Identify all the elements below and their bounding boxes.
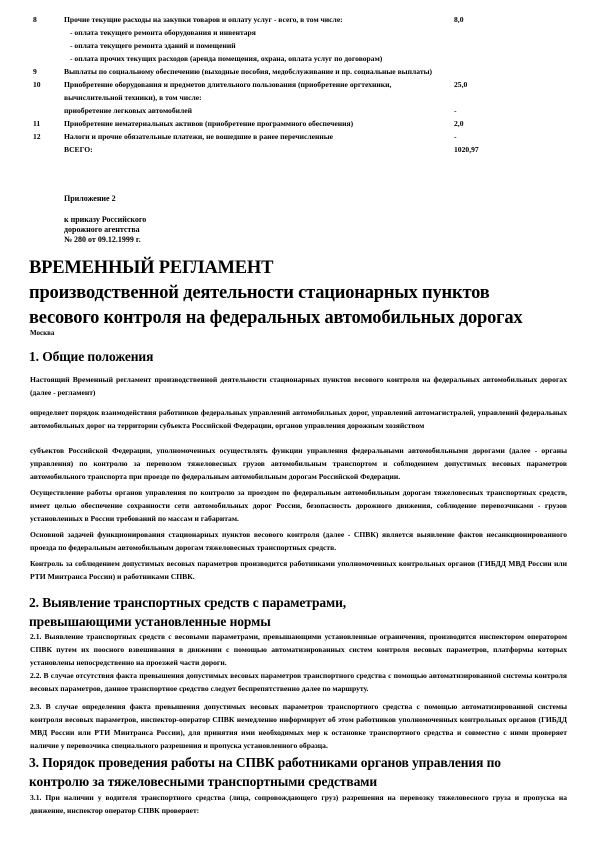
row-value: - <box>454 104 568 117</box>
section-1-heading: 1. Общие положения <box>29 347 574 366</box>
paragraph: 2.2. В случае отсутствия факта превышени… <box>30 669 567 695</box>
section-2-heading-line-2: превышающими установленные нормы <box>29 612 574 631</box>
row-label: - оплата текущего ремонта зданий и помещ… <box>64 39 454 52</box>
document-title: ВРЕМЕННЫЙ РЕГЛАМЕНТ производственной дея… <box>29 256 574 331</box>
section-3-heading-line-2: контролю за тяжеловесными транспортными … <box>29 772 574 791</box>
table-row: 9 Выплаты по социальному обеспечению (вы… <box>33 65 568 78</box>
section-2-heading: 2. Выявление транспортных средств с пара… <box>29 593 574 631</box>
section-3-heading-line-1: 3. Порядок проведения работы на СПВК раб… <box>29 753 574 772</box>
table-row: - оплата прочих текущих расходов (аренда… <box>33 52 568 65</box>
table-row: 8 Прочие текущие расходы на закупки това… <box>33 13 568 26</box>
table-row: приобретение легковых автомобилей - <box>33 104 568 117</box>
row-label: - оплата текущего ремонта оборудования и… <box>64 26 454 39</box>
paragraph: 2.1. Выявление транспортных средств с ве… <box>30 630 567 669</box>
row-label: Выплаты по социальному обеспечению (выхо… <box>64 65 454 78</box>
document-page: 8 Прочие текущие расходы на закупки това… <box>0 0 595 842</box>
paragraph: 2.3. В случае определения факта превышен… <box>30 700 567 752</box>
row-value: - <box>454 130 568 143</box>
paragraph: Основной задачей функционирования стацио… <box>30 528 567 554</box>
table-row: - оплата текущего ремонта зданий и помещ… <box>33 39 568 52</box>
row-number: 9 <box>33 65 64 78</box>
total-label: ВСЕГО: <box>64 143 454 156</box>
row-value: 8,0 <box>454 13 568 26</box>
paragraph: субъектов Российской Федерации, уполномо… <box>30 444 567 483</box>
table-row: 12 Налоги и прочие обязательные платежи,… <box>33 130 568 143</box>
table-row: - оплата текущего ремонта оборудования и… <box>33 26 568 39</box>
paragraph: Настоящий Временный регламент производст… <box>30 373 567 399</box>
row-number: 12 <box>33 130 64 143</box>
annex-order-line: к приказу Российского <box>64 215 146 225</box>
row-number: 8 <box>33 13 64 26</box>
paragraph: 3.1. При наличии у водителя транспортног… <box>30 791 567 817</box>
section-2-heading-line-1: 2. Выявление транспортных средств с пара… <box>29 593 574 612</box>
annex-agency-line: дорожного агентства <box>64 225 146 235</box>
paragraph: Осуществление работы органов управления … <box>30 486 567 525</box>
paragraph: определяет порядок взаимодействия работн… <box>30 406 567 432</box>
row-value: 2,0 <box>454 117 568 130</box>
section-3-heading: 3. Порядок проведения работы на СПВК раб… <box>29 753 574 791</box>
title-line-1: ВРЕМЕННЫЙ РЕГЛАМЕНТ <box>29 256 574 281</box>
row-label: Приобретение оборудования и предметов дл… <box>64 78 454 104</box>
annex-gap <box>64 204 146 215</box>
table-row: 11 Приобретение нематериальных активов (… <box>33 117 568 130</box>
annex-number: Приложение 2 <box>64 194 146 204</box>
row-label: - оплата прочих текущих расходов (аренда… <box>64 52 454 65</box>
row-value: 25,0 <box>454 78 568 91</box>
paragraph: Контроль за соблюдением допустимых весов… <box>30 557 567 583</box>
title-line-2: производственной деятельности стационарн… <box>29 281 574 306</box>
table-row-total: ВСЕГО: 1020,97 <box>33 143 568 156</box>
annex-block: Приложение 2 к приказу Российского дорож… <box>64 194 146 245</box>
annex-order-number: № 280 от 09.12.1999 г. <box>64 235 146 245</box>
row-label: Прочие текущие расходы на закупки товаро… <box>64 13 454 26</box>
row-label: Налоги и прочие обязательные платежи, не… <box>64 130 454 143</box>
expense-table: 8 Прочие текущие расходы на закупки това… <box>33 13 568 156</box>
place-label: Москва <box>30 329 54 337</box>
row-label: Приобретение нематериальных активов (при… <box>64 117 454 130</box>
row-label: приобретение легковых автомобилей <box>64 104 454 117</box>
total-value: 1020,97 <box>454 143 568 156</box>
row-number: 10 <box>33 78 64 91</box>
table-row: 10 Приобретение оборудования и предметов… <box>33 78 568 104</box>
title-line-3: весового контроля на федеральных автомоб… <box>29 306 574 331</box>
row-number: 11 <box>33 117 64 130</box>
